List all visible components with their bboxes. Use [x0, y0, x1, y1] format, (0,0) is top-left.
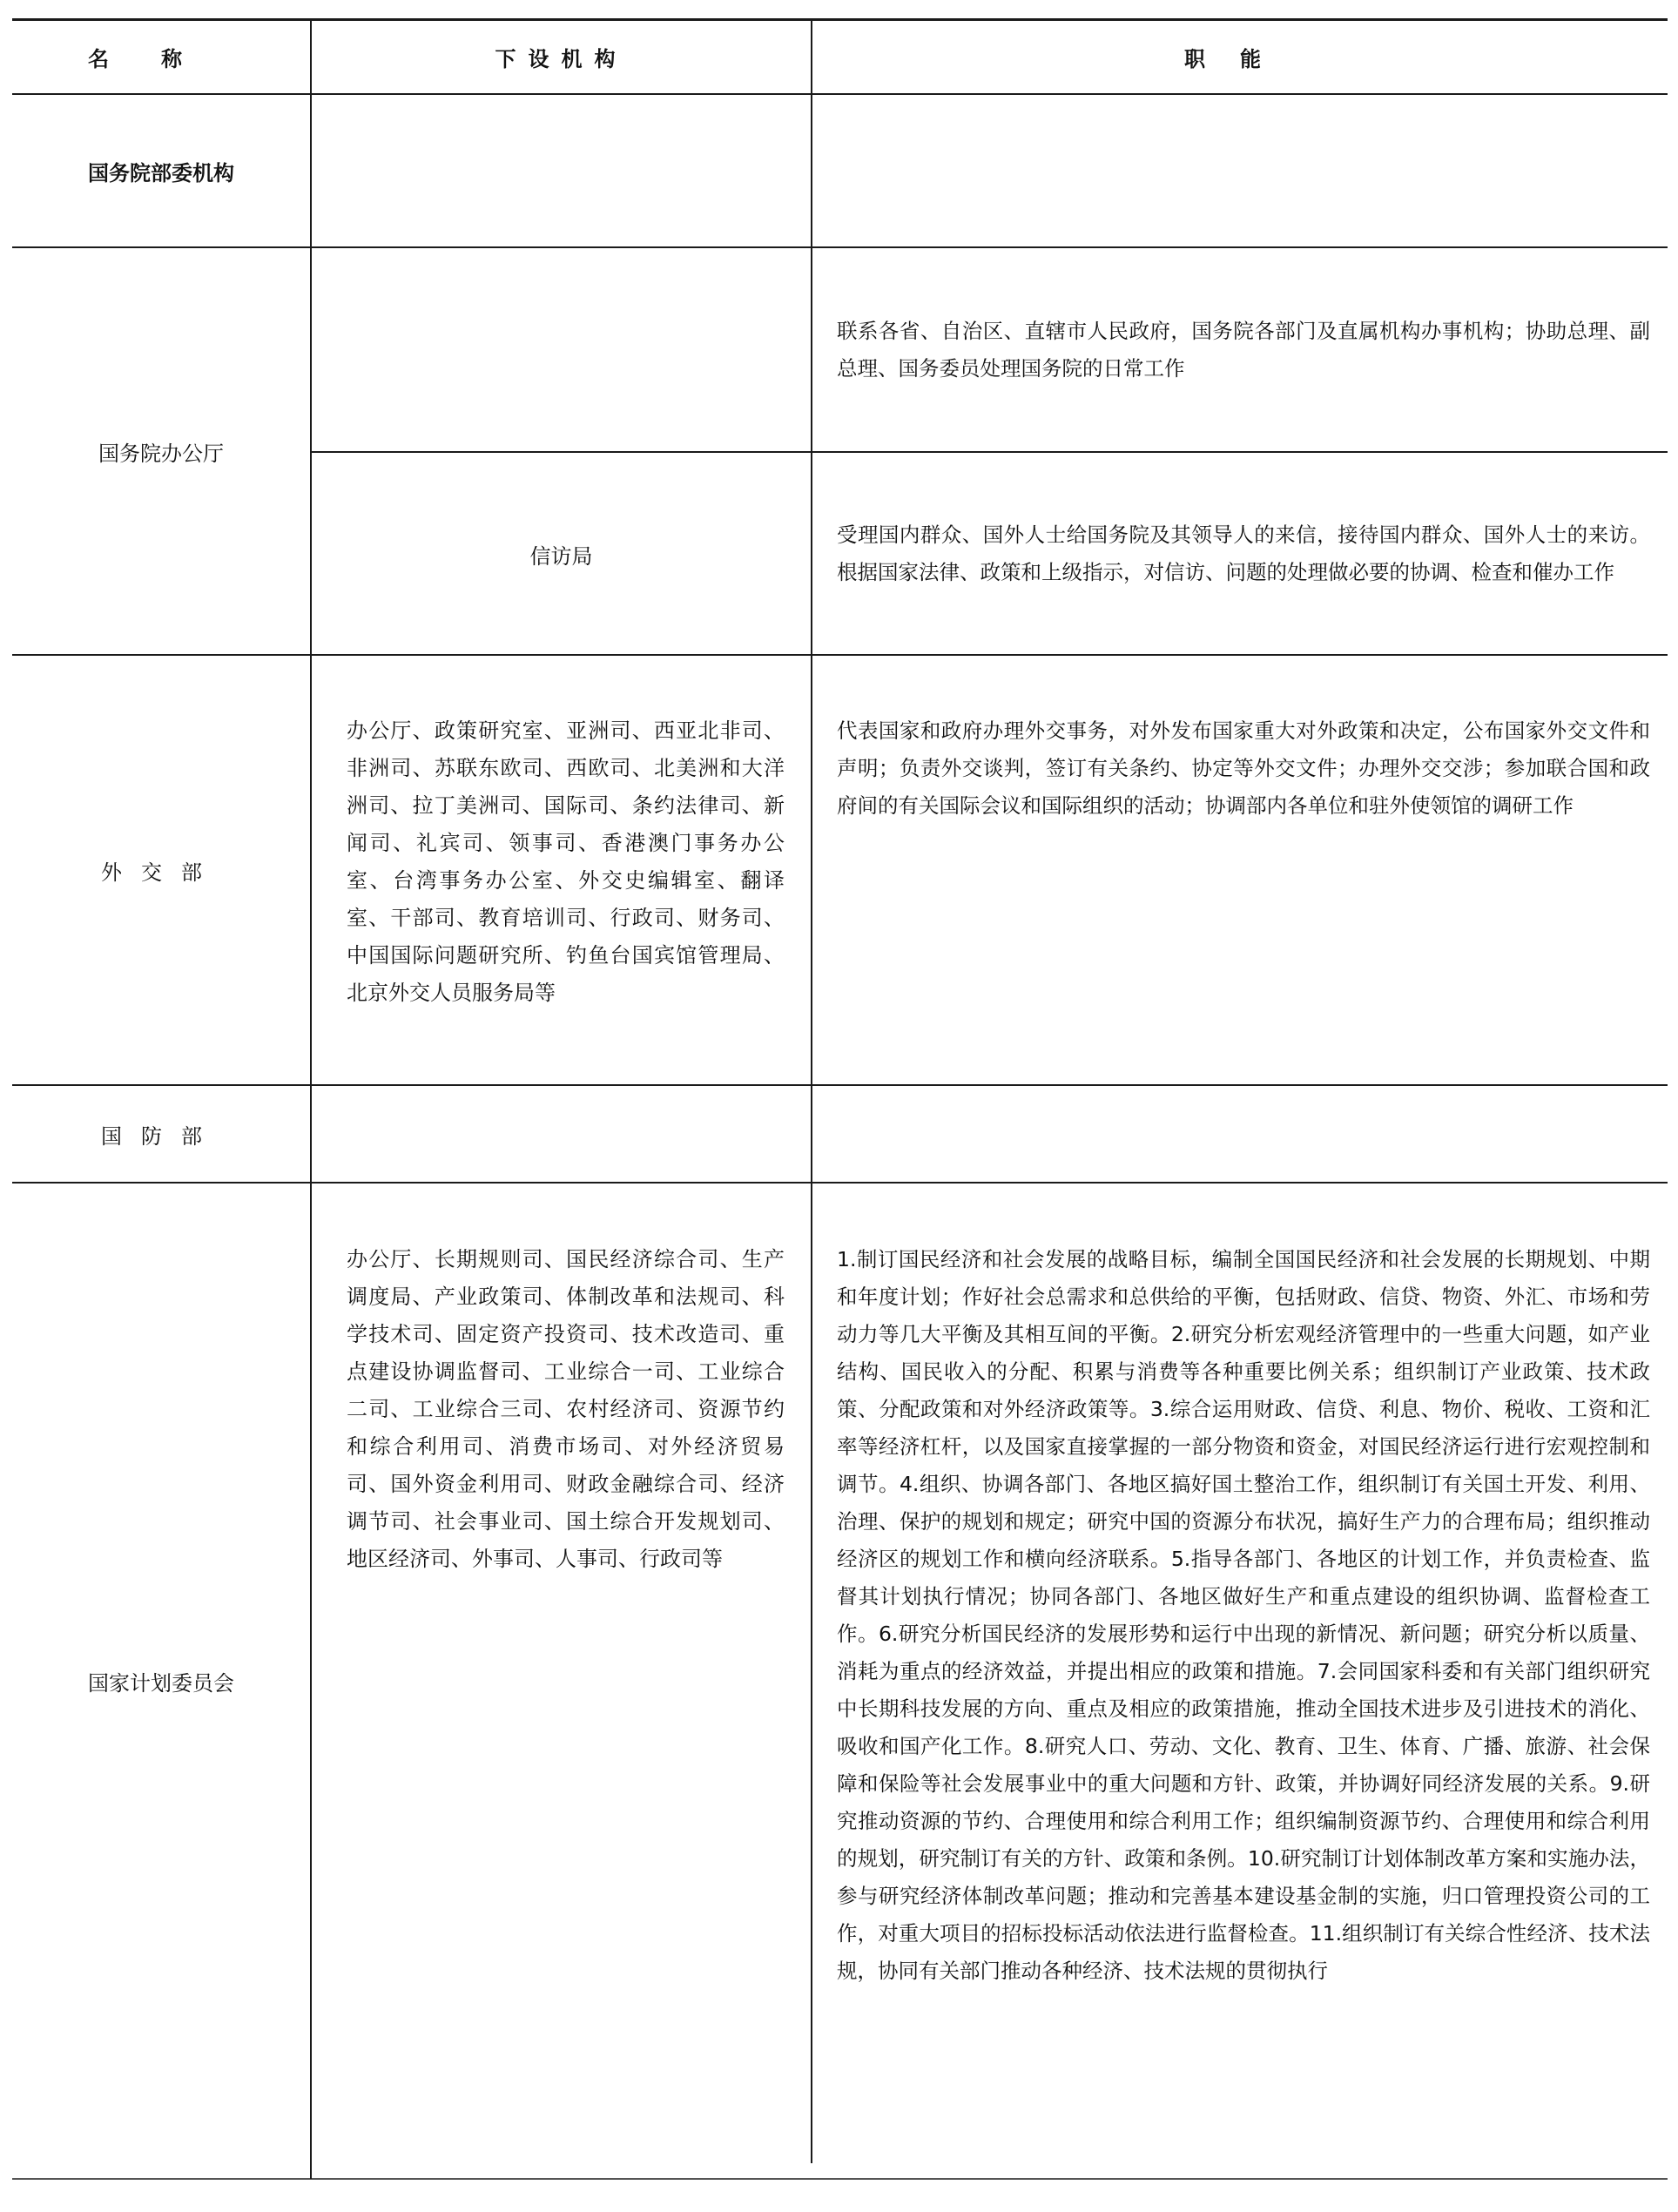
row-function: 受理国内群众、国外人士给国务院及其领导人的来信，接待国内群众、国外人士的来访。根… [812, 454, 1668, 654]
row-subordinate: 办公厅、长期规则司、国民经济综合司、生产调度局、产业政策司、体制改革和法规司、科… [312, 1241, 811, 1764]
row-subordinate: 办公厅、政策研究室、亚洲司、西亚北非司、非洲司、苏联东欧司、西欧司、北美洲和大洋… [312, 712, 811, 1078]
row-name: 国防部 [12, 1087, 310, 1182]
table-bottom-border [12, 2178, 1668, 2180]
row-divider [12, 1182, 1668, 1184]
header-bottom-border [12, 93, 1668, 95]
header-subordinate: 下设机构 [312, 21, 811, 93]
row-name: 国务院办公厅 [12, 249, 310, 654]
header-name: 名称 [12, 21, 310, 93]
row-function: 代表国家和政府办理外交事务，对外发布国家重大对外政策和决定，公布国家外交文件和声… [812, 712, 1668, 1078]
row-subordinate: 信访局 [312, 454, 811, 654]
row-divider [12, 1084, 1668, 1086]
column-divider-1 [310, 19, 312, 2179]
row-name: 外交部 [12, 657, 310, 1084]
row-divider [12, 654, 1668, 656]
row-function: 联系各省、自治区、直辖市人民政府，国务院各部门及直属机构办事机构；协助总理、副总… [812, 249, 1668, 451]
sub-row-divider [311, 451, 1668, 453]
row-function: 1.制订国民经济和社会发展的战略目标，编制全国国民经济和社会发展的长期规划、中期… [812, 1241, 1668, 2112]
header-function: 职能 [812, 21, 1668, 93]
row-name: 国务院部委机构 [12, 96, 310, 246]
row-divider [12, 246, 1668, 248]
row-name: 国家计划委员会 [12, 1184, 310, 2177]
